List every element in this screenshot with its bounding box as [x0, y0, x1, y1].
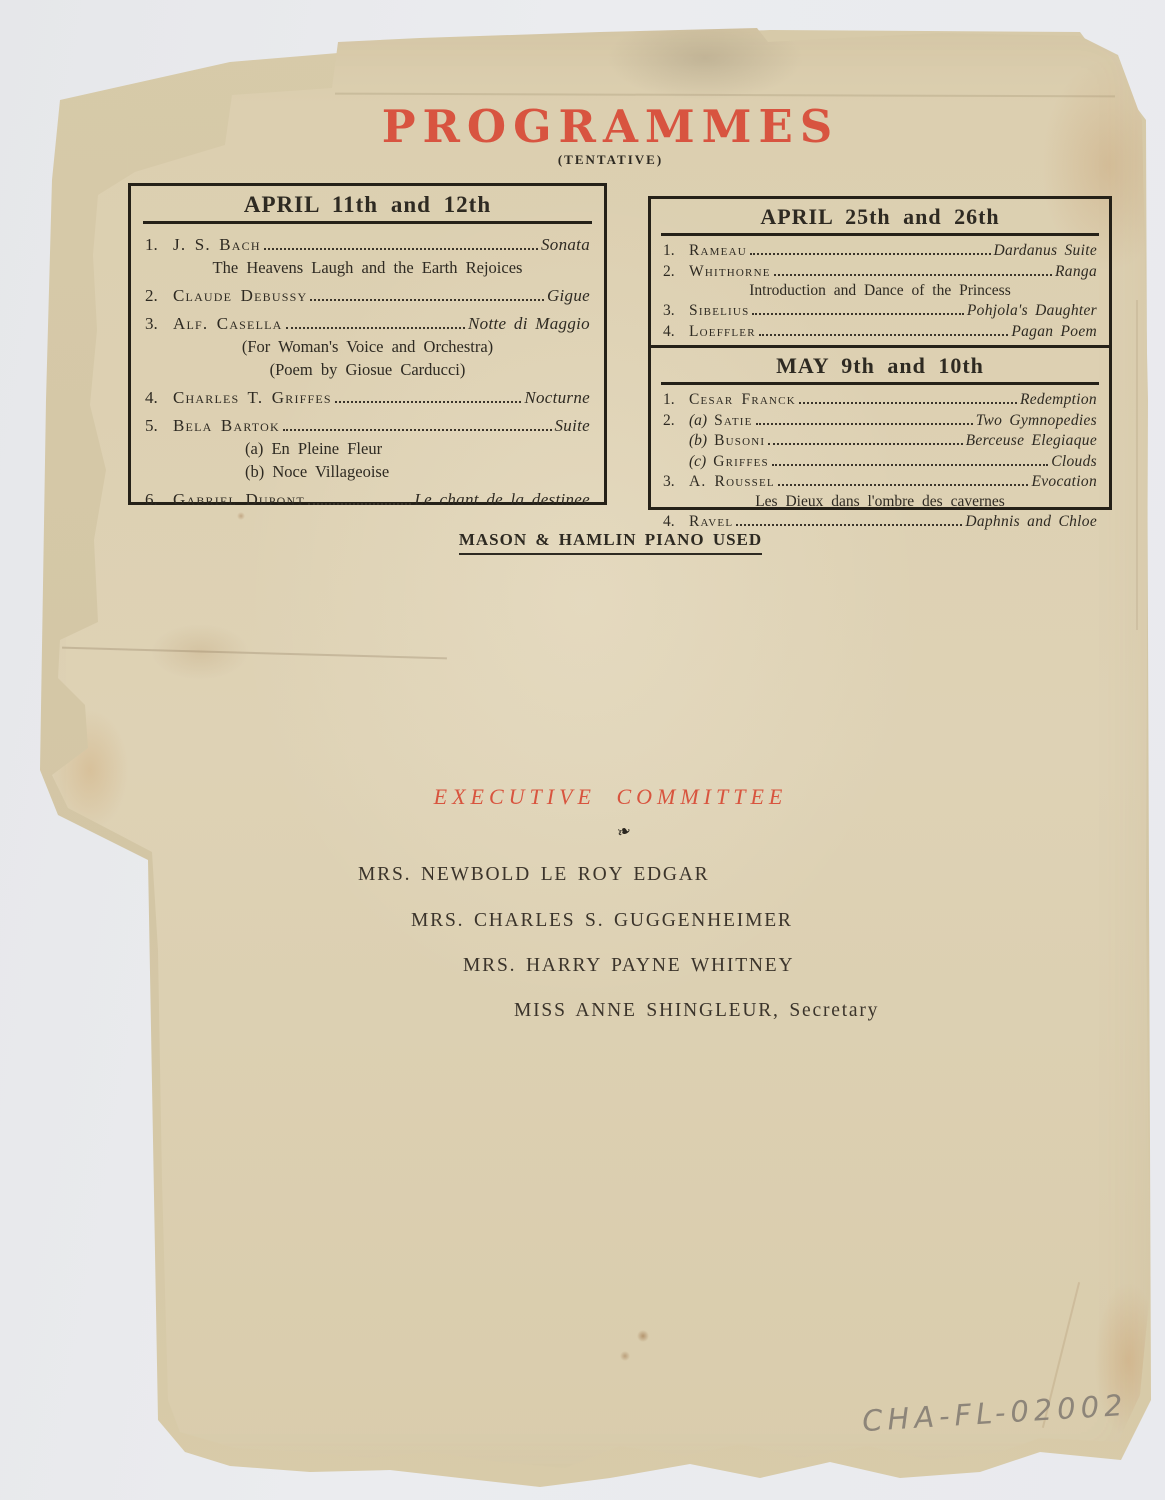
- programme-item: 2. Whithorne Ranga: [663, 262, 1097, 282]
- leader-dots: [264, 248, 538, 250]
- programme-item: 3. Alf. Casella Notte di Maggio: [145, 312, 590, 335]
- item-number: 2.: [663, 411, 689, 431]
- item-letter: (a): [689, 411, 707, 431]
- item-number: 4.: [145, 386, 173, 409]
- committee-member: MRS. NEWBOLD LE ROY EDGAR: [358, 864, 709, 886]
- item-number: 2.: [145, 284, 173, 307]
- work-title: Redemption: [1020, 390, 1097, 410]
- work-title: Pagan Poem: [1011, 322, 1097, 342]
- composer-name: Busoni: [714, 431, 765, 451]
- item-number: 1.: [663, 390, 689, 410]
- item-number: 1.: [145, 233, 173, 256]
- programme-box-april-25-26-may-9-10: APRIL 25th and 26th 1. Rameau Dardanus S…: [648, 196, 1112, 510]
- composer-name: A. Roussel: [689, 472, 775, 492]
- programme-item: (c) Griffes Clouds: [663, 452, 1097, 472]
- committee-member: MRS. HARRY PAYNE WHITNEY: [463, 955, 794, 977]
- programme-box-april-11-12: APRIL 11th and 12th 1. J. S. Bach Sonata…: [128, 183, 607, 505]
- leader-dots: [752, 313, 963, 315]
- work-title: Suite: [555, 414, 591, 437]
- programme-heading: APRIL 25th and 26th: [663, 199, 1097, 230]
- piano-note: MASON & HAMLIN PIANO USED: [459, 530, 762, 555]
- leader-dots: [335, 401, 522, 403]
- item-note: (a) En Pleine Fleur: [145, 438, 590, 460]
- fold-crease: [335, 93, 1115, 98]
- committee-member: MISS ANNE SHINGLEUR, Secretary: [514, 1000, 879, 1022]
- item-number: 5.: [145, 414, 173, 437]
- work-title: Sonata: [541, 233, 590, 256]
- heading-rule: [143, 221, 592, 224]
- leader-dots: [799, 402, 1017, 404]
- item-number: 4.: [663, 512, 689, 532]
- work-title: Berceuse Elegiaque: [966, 431, 1097, 451]
- leader-dots: [286, 327, 466, 329]
- tear-crease: [62, 647, 447, 660]
- work-title: Notte di Maggio: [468, 312, 590, 335]
- committee-member: MRS. CHARLES S. GUGGENHEIMER: [411, 910, 793, 932]
- programme-item: 4. Charles T. Griffes Nocturne: [145, 386, 590, 409]
- work-title: Daphnis and Chloe: [965, 512, 1097, 532]
- item-note: (For Woman's Voice and Orchestra): [145, 336, 590, 358]
- work-title: Two Gymnopedies: [976, 411, 1097, 431]
- composer-name: Charles T. Griffes: [173, 386, 332, 409]
- item-note: (Poem by Giosue Carducci): [145, 359, 590, 381]
- pencil-catalog-number: CHA-FL-02002: [861, 1388, 1128, 1438]
- item-number: 3.: [145, 312, 173, 335]
- programme-item: 1. Cesar Franck Redemption: [663, 390, 1097, 410]
- work-title: Le chant de la destinee: [414, 488, 590, 511]
- work-title: Evocation: [1031, 472, 1097, 492]
- work-title: Clouds: [1051, 452, 1097, 472]
- programme-item: (b) Busoni Berceuse Elegiaque: [663, 431, 1097, 451]
- programme-page: PROGRAMMES (TENTATIVE) APRIL 11th and 12…: [0, 0, 1165, 1500]
- committee-heading: EXECUTIVE COMMITTEE: [28, 784, 1165, 810]
- composer-name: Whithorne: [689, 262, 771, 282]
- programme-item: 1. Rameau Dardanus Suite: [663, 241, 1097, 261]
- programme-item: 5. Bela Bartok Suite: [145, 414, 590, 437]
- programme-item: 4. Loeffler Pagan Poem: [663, 322, 1097, 342]
- item-number: 1.: [663, 241, 689, 261]
- composer-name: Sibelius: [689, 301, 749, 321]
- leader-dots: [774, 274, 1052, 276]
- item-note: (b) Noce Villageoise: [145, 461, 590, 483]
- programme-item: 3. A. Roussel Evocation: [663, 472, 1097, 492]
- item-number: 3.: [663, 301, 689, 321]
- composer-name: Claude Debussy: [173, 284, 307, 307]
- item-note: The Heavens Laugh and the Earth Rejoices: [145, 257, 590, 279]
- composer-name: J. S. Bach: [173, 233, 261, 256]
- composer-name: Ravel: [689, 512, 733, 532]
- leader-dots: [756, 423, 973, 425]
- composer-name: Satie: [714, 411, 752, 431]
- tentative-note: (TENTATIVE): [28, 152, 1165, 168]
- composer-name: Gabriel Dupont: [173, 488, 305, 511]
- programme-item: 4. Ravel Daphnis and Chloe: [663, 512, 1097, 532]
- programme-item: 2. (a) Satie Two Gymnopedies: [663, 411, 1097, 431]
- item-number: 4.: [663, 322, 689, 342]
- work-title: Nocturne: [524, 386, 590, 409]
- leader-dots: [750, 253, 991, 255]
- item-letter: (b): [689, 431, 707, 451]
- leader-dots: [778, 484, 1029, 486]
- fleuron-ornament-icon: ❧: [42, 822, 1165, 842]
- programme-heading: MAY 9th and 10th: [663, 348, 1097, 379]
- item-letter: (c): [689, 452, 706, 472]
- composer-name: Griffes: [713, 452, 769, 472]
- composer-name: Alf. Casella: [173, 312, 283, 335]
- work-title: Dardanus Suite: [994, 241, 1098, 261]
- leader-dots: [772, 464, 1048, 466]
- composer-name: Bela Bartok: [173, 414, 280, 437]
- leader-dots: [308, 503, 411, 505]
- composer-name: Cesar Franck: [689, 390, 796, 410]
- item-note: Les Dieux dans l'ombre des cavernes: [663, 492, 1097, 511]
- work-title: Pohjola's Daughter: [967, 301, 1097, 321]
- item-number: 2.: [663, 262, 689, 282]
- edge-crease: [1136, 300, 1138, 630]
- programme-item: 6. Gabriel Dupont Le chant de la destine…: [145, 488, 590, 511]
- leader-dots: [736, 524, 962, 526]
- item-number: 3.: [663, 472, 689, 492]
- item-note: Introduction and Dance of the Princess: [663, 281, 1097, 300]
- work-title: Ranga: [1055, 262, 1097, 282]
- programme-item: 3. Sibelius Pohjola's Daughter: [663, 301, 1097, 321]
- composer-name: Loeffler: [689, 322, 756, 342]
- heading-rule: [661, 382, 1099, 385]
- programme-item: 2. Claude Debussy Gigue: [145, 284, 590, 307]
- leader-dots: [310, 299, 544, 301]
- heading-rule: [661, 233, 1099, 236]
- leader-dots: [283, 429, 552, 431]
- programme-heading: APRIL 11th and 12th: [145, 186, 590, 218]
- leader-dots: [759, 334, 1009, 336]
- item-number: 6.: [145, 488, 173, 511]
- scanned-document: PROGRAMMES (TENTATIVE) APRIL 11th and 12…: [0, 0, 1165, 1500]
- work-title: Gigue: [547, 284, 590, 307]
- programme-item: 1. J. S. Bach Sonata: [145, 233, 590, 256]
- leader-dots: [768, 443, 962, 445]
- composer-name: Rameau: [689, 241, 747, 261]
- piano-note-row: MASON & HAMLIN PIANO USED: [28, 530, 1165, 555]
